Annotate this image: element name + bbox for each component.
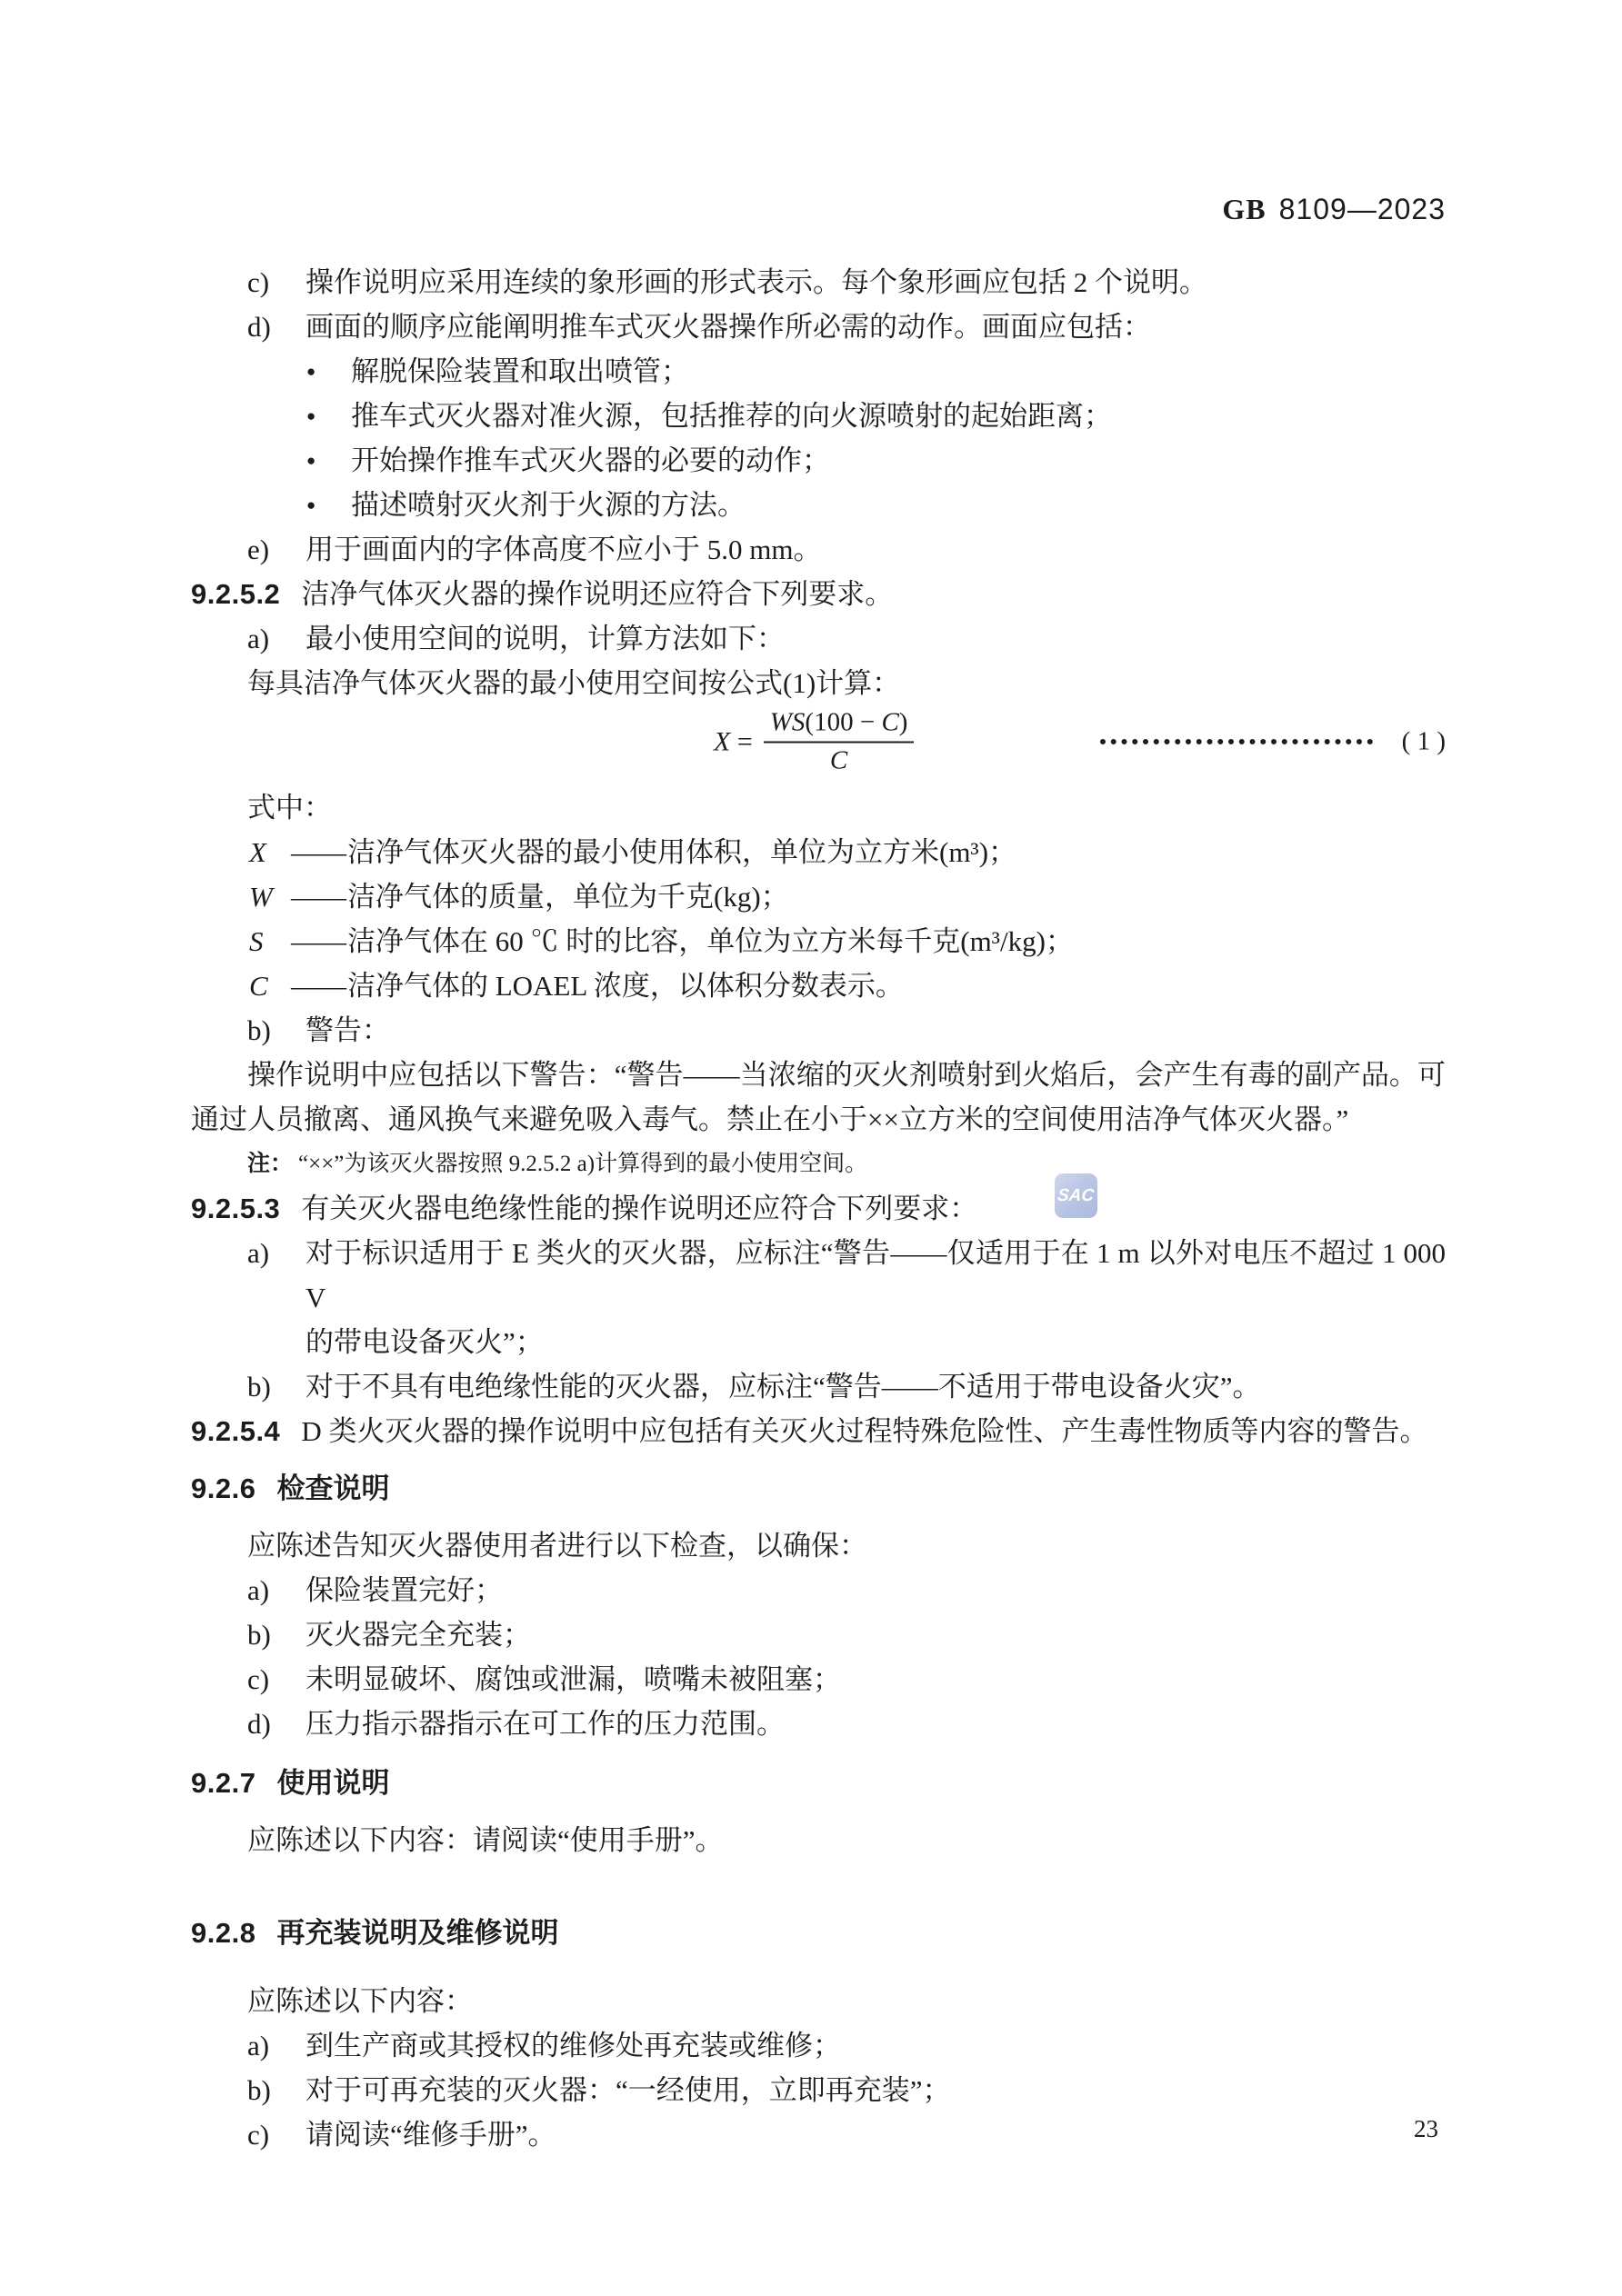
list-item: c)请阅读“维修手册”。 bbox=[191, 2112, 1446, 2157]
list-item-letter: e) bbox=[247, 527, 305, 572]
bullet-icon: ● bbox=[306, 438, 351, 483]
paragraph-text: 每具洁净气体灭火器的最小使用空间按公式(1)计算： bbox=[247, 667, 900, 699]
list-item-letter: a) bbox=[247, 1231, 305, 1320]
list-item-letter: d) bbox=[247, 1702, 305, 1746]
list-item-text: 对于可再充装的灭火器：“一经使用，立即再充装”； bbox=[305, 2068, 1446, 2112]
list-item: a)对于标识适用于 E 类火的灭火器，应标注“警告——仅适用于在 1 m 以外对… bbox=[191, 1231, 1446, 1320]
section-number: 9.2.7 bbox=[191, 1767, 255, 1799]
list-item-text: 压力指示器指示在可工作的压力范围。 bbox=[305, 1702, 1446, 1746]
fraction-denominator: C bbox=[830, 744, 847, 774]
clause-number: 9.2.5.3 bbox=[191, 1193, 280, 1224]
list-item-continuation: 的带电设备灭火”； bbox=[191, 1320, 1446, 1364]
clause-number: 9.2.5.4 bbox=[191, 1415, 280, 1447]
variable-symbol: W bbox=[249, 874, 291, 919]
list-item-text: 最小使用空间的说明，计算方法如下： bbox=[305, 616, 1446, 661]
variable-dash: —— bbox=[291, 963, 345, 1008]
list-item-letter: c) bbox=[247, 1657, 305, 1702]
list-item: b)警告： bbox=[191, 1008, 1446, 1053]
paragraph-text: 应陈述以下内容： bbox=[247, 1985, 473, 2017]
paragraph: 式中： bbox=[191, 785, 1446, 830]
formula-variable-definition: W——洁净气体的质量，单位为千克(kg)； bbox=[191, 874, 1446, 919]
list-item-text: 画面的顺序应能阐明推车式灭火器操作所必需的动作。画面应包括： bbox=[305, 304, 1446, 349]
list-item-text: 的带电设备灭火”； bbox=[305, 1326, 544, 1358]
variable-description: 洁净气体在 60 ℃ 时的比容，单位为立方米每千克(m³/kg)； bbox=[347, 919, 1074, 963]
clause-paragraph: 9.2.5.4D 类火灭火器的操作说明中应包括有关灭火过程特殊危险性、产生毒性物… bbox=[191, 1409, 1446, 1453]
list-item-text: 操作说明应采用连续的象形画的形式表示。每个象形画应包括 2 个说明。 bbox=[305, 260, 1446, 304]
paragraph-text: 应陈述告知灭火器使用者进行以下检查，以确保： bbox=[247, 1530, 867, 1562]
paragraph-text: 应陈述以下内容：请阅读“使用手册”。 bbox=[247, 1824, 724, 1856]
standard-prefix: GB bbox=[1222, 193, 1266, 225]
list-item-text: 请阅读“维修手册”。 bbox=[305, 2112, 1446, 2157]
bullet-icon: ● bbox=[306, 349, 351, 394]
list-item-text: 警告： bbox=[305, 1008, 1446, 1053]
clause-text: D 类火灭火器的操作说明中应包括有关灭火过程特殊危险性、产生毒性物质等内容的警告… bbox=[301, 1415, 1427, 1447]
clause-number: 9.2.5.2 bbox=[191, 578, 280, 610]
variable-symbol: C bbox=[249, 963, 291, 1008]
paragraph: 操作说明中应包括以下警告：“警告——当浓缩的灭火剂喷射到火焰后，会产生有毒的副产… bbox=[191, 1053, 1446, 1097]
note-label: 注： bbox=[247, 1151, 293, 1176]
list-item-text: 到生产商或其授权的维修处再充装或维修； bbox=[305, 2023, 1446, 2068]
document-body: c)操作说明应采用连续的象形画的形式表示。每个象形画应包括 2 个说明。d)画面… bbox=[191, 260, 1446, 2157]
list-item: c)操作说明应采用连续的象形画的形式表示。每个象形画应包括 2 个说明。 bbox=[191, 260, 1446, 304]
bullet-item: ●解脱保险装置和取出喷管； bbox=[191, 349, 1446, 394]
list-item-letter: b) bbox=[247, 2068, 305, 2112]
list-item-letter: a) bbox=[247, 2023, 305, 2068]
document-page: GB8109—2023 SAC c)操作说明应采用连续的象形画的形式表示。每个象… bbox=[0, 0, 1622, 2296]
list-item-letter: a) bbox=[247, 616, 305, 661]
formula-variable-definition: X——洁净气体灭火器的最小使用体积，单位为立方米(m³)； bbox=[191, 830, 1446, 874]
list-item-text: 用于画面内的字体高度不应小于 5.0 mm。 bbox=[305, 527, 1446, 572]
formula-equation: X =WS(100 − C)C( 1 ) bbox=[191, 705, 1446, 778]
formula-variable-definition: S——洁净气体在 60 ℃ 时的比容，单位为立方米每千克(m³/kg)； bbox=[191, 919, 1446, 963]
paragraph: 每具洁净气体灭火器的最小使用空间按公式(1)计算： bbox=[191, 661, 1446, 705]
paragraph-text: 式中： bbox=[247, 792, 332, 824]
variable-description: 洁净气体灭火器的最小使用体积，单位为立方米(m³)； bbox=[347, 830, 1016, 874]
variable-dash: —— bbox=[291, 830, 345, 874]
paragraph: 应陈述以下内容： bbox=[191, 1979, 1446, 2023]
paragraph-continuation: 通过人员撤离、通风换气来避免吸入毒气。禁止在小于××立方米的空间使用洁净气体灭火… bbox=[191, 1097, 1446, 1142]
paragraph-text: 操作说明中应包括以下警告：“警告——当浓缩的灭火剂喷射到火焰后，会产生有毒的副产… bbox=[247, 1053, 1446, 1097]
list-item-letter: b) bbox=[247, 1612, 305, 1657]
list-item-text: 对于标识适用于 E 类火的灭火器，应标注“警告——仅适用于在 1 m 以外对电压… bbox=[305, 1231, 1446, 1320]
formula-variable-definition: C——洁净气体的 LOAEL 浓度，以体积分数表示。 bbox=[191, 963, 1446, 1008]
variable-symbol: S bbox=[249, 919, 291, 963]
list-item-letter: b) bbox=[247, 1008, 305, 1053]
variable-dash: —— bbox=[291, 919, 345, 963]
bullet-text: 描述喷射灭火剂于火源的方法。 bbox=[351, 483, 746, 527]
clause-paragraph: 9.2.5.3有关灭火器电绝缘性能的操作说明还应符合下列要求： bbox=[191, 1186, 1446, 1231]
list-item-letter: a) bbox=[247, 1568, 305, 1612]
list-item: a)保险装置完好； bbox=[191, 1568, 1446, 1612]
list-item-text: 对于不具有电绝缘性能的灭火器，应标注“警告——不适用于带电设备火灾”。 bbox=[305, 1364, 1446, 1409]
section-title: 再充装说明及维修说明 bbox=[276, 1917, 558, 1949]
list-item-letter: c) bbox=[247, 2112, 305, 2157]
list-item-letter: d) bbox=[247, 304, 305, 349]
bullet-text: 解脱保险装置和取出喷管； bbox=[351, 349, 689, 394]
section-title: 检查说明 bbox=[276, 1472, 389, 1504]
list-item: d)压力指示器指示在可工作的压力范围。 bbox=[191, 1702, 1446, 1746]
note-text: “××”为该灭火器按照 9.2.5.2 a)计算得到的最小使用空间。 bbox=[298, 1152, 867, 1176]
list-item: e)用于画面内的字体高度不应小于 5.0 mm。 bbox=[191, 527, 1446, 572]
list-item-letter: b) bbox=[247, 1364, 305, 1409]
equation: X =WS(100 − C)C bbox=[714, 710, 914, 774]
clause-text: 洁净气体灭火器的操作说明还应符合下列要求。 bbox=[301, 578, 893, 610]
section-heading: 9.2.7使用说明 bbox=[191, 1761, 1446, 1805]
standard-number-header: GB8109—2023 bbox=[1222, 193, 1446, 226]
list-item: c)未明显破坏、腐蚀或泄漏，喷嘴未被阻塞； bbox=[191, 1657, 1446, 1702]
bullet-text: 推车式灭火器对准火源，包括推荐的向火源喷射的起始距离； bbox=[351, 394, 1112, 438]
list-item-text: 保险装置完好； bbox=[305, 1568, 1446, 1612]
page-number: 23 bbox=[1414, 2107, 1438, 2151]
equation-number: ( 1 ) bbox=[1402, 720, 1446, 764]
list-item: a)最小使用空间的说明，计算方法如下： bbox=[191, 616, 1446, 661]
list-item: b)灭火器完全充装； bbox=[191, 1612, 1446, 1657]
section-heading: 9.2.6检查说明 bbox=[191, 1466, 1446, 1511]
bullet-item: ●描述喷射灭火剂于火源的方法。 bbox=[191, 483, 1446, 527]
equation-lhs: X = bbox=[714, 728, 753, 755]
paragraph: 应陈述以下内容：请阅读“使用手册”。 bbox=[191, 1818, 1446, 1862]
variable-dash: —— bbox=[291, 874, 345, 919]
variable-description: 洁净气体的 LOAEL 浓度，以体积分数表示。 bbox=[347, 963, 904, 1008]
list-item-text: 未明显破坏、腐蚀或泄漏，喷嘴未被阻塞； bbox=[305, 1657, 1446, 1702]
clause-text: 有关灭火器电绝缘性能的操作说明还应符合下列要求： bbox=[301, 1193, 977, 1224]
bullet-icon: ● bbox=[306, 394, 351, 438]
section-number: 9.2.8 bbox=[191, 1917, 255, 1949]
list-item: a)到生产商或其授权的维修处再充装或维修； bbox=[191, 2023, 1446, 2068]
list-item: d)画面的顺序应能阐明推车式灭火器操作所必需的动作。画面应包括： bbox=[191, 304, 1446, 349]
variable-symbol: X bbox=[249, 830, 291, 874]
section-number: 9.2.6 bbox=[191, 1472, 255, 1504]
bullet-item: ●推车式灭火器对准火源，包括推荐的向火源喷射的起始距离； bbox=[191, 394, 1446, 438]
variable-description: 洁净气体的质量，单位为千克(kg)； bbox=[347, 874, 789, 919]
paragraph: 应陈述告知灭火器使用者进行以下检查，以确保： bbox=[191, 1523, 1446, 1568]
bullet-icon: ● bbox=[306, 483, 351, 527]
paragraph-text: 通过人员撤离、通风换气来避免吸入毒气。禁止在小于××立方米的空间使用洁净气体灭火… bbox=[191, 1103, 1348, 1135]
equation-fraction: WS(100 − C)C bbox=[764, 710, 915, 774]
section-title: 使用说明 bbox=[276, 1767, 389, 1799]
standard-number: 8109—2023 bbox=[1279, 193, 1446, 225]
list-item-text: 灭火器完全充装； bbox=[305, 1612, 1446, 1657]
bullet-item: ●开始操作推车式灭火器的必要的动作； bbox=[191, 438, 1446, 483]
list-item: b)对于可再充装的灭火器：“一经使用，立即再充装”； bbox=[191, 2068, 1446, 2112]
clause-paragraph: 9.2.5.2洁净气体灭火器的操作说明还应符合下列要求。 bbox=[191, 572, 1446, 616]
list-item: b)对于不具有电绝缘性能的灭火器，应标注“警告——不适用于带电设备火灾”。 bbox=[191, 1364, 1446, 1409]
note: 注：“××”为该灭火器按照 9.2.5.2 a)计算得到的最小使用空间。 bbox=[191, 1142, 1446, 1186]
bullet-text: 开始操作推车式灭火器的必要的动作； bbox=[351, 438, 830, 483]
dotted-leader bbox=[1100, 739, 1373, 744]
list-item-letter: c) bbox=[247, 260, 305, 304]
section-heading: 9.2.8再充装说明及维修说明 bbox=[191, 1911, 1446, 1955]
fraction-numerator: WS(100 − C) bbox=[764, 710, 915, 744]
